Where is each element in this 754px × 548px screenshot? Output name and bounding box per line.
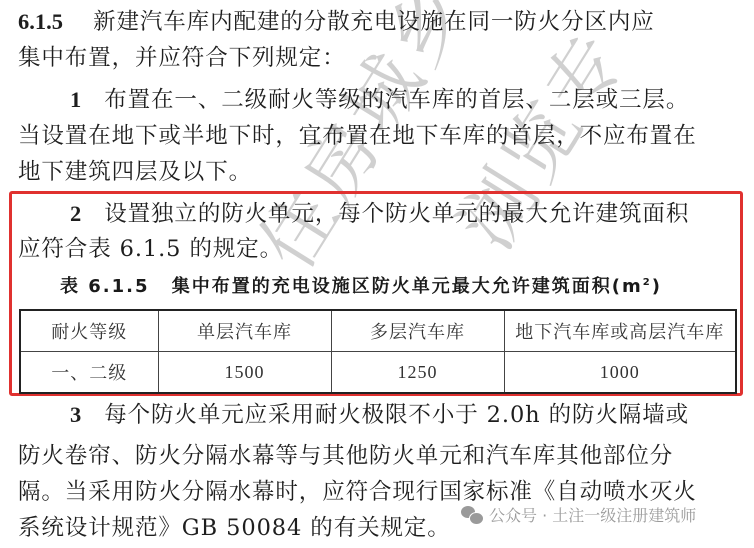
table-header-cell: 地下汽车库或高层汽车库 <box>504 310 736 352</box>
clause-text: 新建汽车库内配建的分散充电设施在同一防火分区内应 <box>93 9 655 35</box>
item-text: 设置独立的防火单元，每个防火单元的最大允许建筑面积 <box>104 201 689 227</box>
clause-intro-line: 集中布置，并应符合下列规定： <box>18 40 740 76</box>
item-1-line: 1 布置在一、二级耐火等级的汽车库的首层、二层或三层。 <box>70 82 740 118</box>
item-number: 2 <box>70 201 82 226</box>
table-cell: 1000 <box>504 352 736 394</box>
area-table: 耐火等级 单层汽车库 多层汽车库 地下汽车库或高层汽车库 一、二级 1500 1… <box>19 309 737 394</box>
table-row: 一、二级 1500 1250 1000 <box>20 352 736 394</box>
item-1-line: 地下建筑四层及以下。 <box>18 154 740 190</box>
credit-text: 公众号 · 土注一级注册建筑师 <box>489 503 696 526</box>
source-credit: 公众号 · 土注一级注册建筑师 <box>461 503 696 526</box>
item-3-line: 防火卷帘、防火分隔水幕等与其他防火单元和汽车库其他部位分 <box>18 438 740 474</box>
table-cell: 一、二级 <box>20 352 158 394</box>
clause-number: 6.1.5 <box>18 9 63 34</box>
item-2-line: 应符合表 6.1.5 的规定。 <box>18 231 740 267</box>
table-number: 表 6.1.5 <box>60 276 150 297</box>
clause-intro-line: 6.1.5 新建汽车库内配建的分散充电设施在同一防火分区内应 <box>18 4 740 40</box>
item-1-line: 当设置在地下或半地下时，宜布置在地下车库的首层，不应布置在 <box>18 118 740 154</box>
table-header-cell: 耐火等级 <box>20 310 158 352</box>
table-title: 表 6.1.5 集中布置的充电设施区防火单元最大允许建筑面积(m2) <box>60 268 662 302</box>
wechat-icon <box>461 506 483 524</box>
item-number: 3 <box>70 402 82 427</box>
table-title-text: 集中布置的充电设施区防火单元最大允许建筑面积(m <box>172 276 643 297</box>
table-header-row: 耐火等级 单层汽车库 多层汽车库 地下汽车库或高层汽车库 <box>20 310 736 352</box>
item-text: 每个防火单元应采用耐火极限不小于 2.0h 的防火隔墙或 <box>104 402 689 428</box>
table-header-cell: 单层汽车库 <box>158 310 331 352</box>
item-text: 布置在一、二级耐火等级的汽车库的首层、二层或三层。 <box>104 87 689 113</box>
table-title-suffix: ) <box>652 276 662 297</box>
table-header-cell: 多层汽车库 <box>331 310 504 352</box>
item-number: 1 <box>70 87 82 112</box>
item-2-line: 2 设置独立的防火单元，每个防火单元的最大允许建筑面积 <box>70 196 740 232</box>
table-title-sup: 2 <box>643 277 652 288</box>
item-3-line: 3 每个防火单元应采用耐火极限不小于 2.0h 的防火隔墙或 <box>70 397 740 433</box>
table-cell: 1250 <box>331 352 504 394</box>
table-cell: 1500 <box>158 352 331 394</box>
